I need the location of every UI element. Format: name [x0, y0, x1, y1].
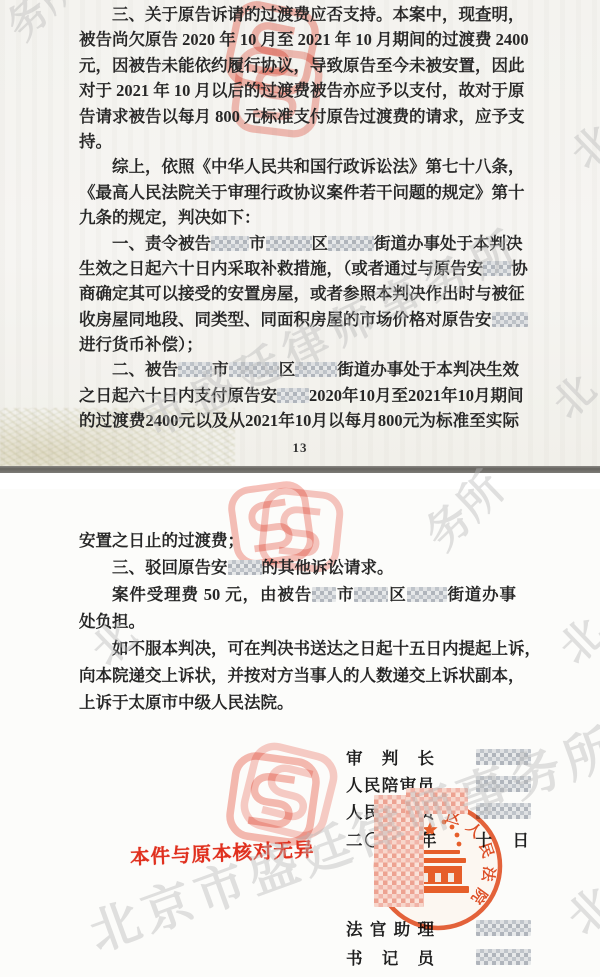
line-text: 生效之日起六十日内采取补救措施，（或者通过与原告安 — [79, 259, 483, 278]
text-line: 向本院递交上诉状，并按对方当事人的人数递交上诉状副本， — [79, 662, 516, 689]
text-line: 之日起六十日内支付原告安2020年10月至2021年10月期间 — [79, 383, 519, 408]
line-text: 区 — [388, 585, 406, 604]
judgment-text-page1: 三、关于原告诉请的过渡费应否支持。本案中，现查明，被告尚欠原告 2020 年 1… — [79, 2, 519, 434]
redaction-mosaic — [277, 388, 309, 403]
verification-stamp: 本件与原本核对无异 — [129, 834, 315, 870]
line-text: 被告尚欠原告 2020 年 10 月至 2021 年 10 月期间的过渡费 24… — [79, 30, 529, 49]
text-line: 二、被告市区街道办事处于本判决生效 — [79, 357, 519, 382]
line-text: 街道办事处于本判决 — [374, 234, 523, 253]
redaction-mosaic — [229, 362, 279, 377]
presiding-judge-row: 审判长 — [346, 745, 531, 769]
line-text: 安置之日止的过渡费； — [79, 531, 244, 550]
line-text: 市 — [336, 585, 354, 604]
line-text: 《最高人民法院关于审理行政协议案件若干问题的规定》第十 — [79, 183, 525, 202]
text-line: 上诉于太原市中级人民法院。 — [79, 689, 516, 716]
line-text: 如不服本判决，可在判决书送达之日起十五日内提起上诉， — [112, 639, 541, 658]
presiding-judge-label: 审判长 — [346, 745, 434, 769]
line-text: 协 — [511, 259, 528, 278]
redaction-mosaic — [178, 362, 212, 377]
text-line: 案件受理费 50 元，由被告市区街道办事 — [79, 581, 516, 608]
redaction-mosaic — [354, 587, 388, 602]
line-text: 告请求被告以每月 800 元标准支付原告过渡费的请求，应予支 — [79, 107, 525, 126]
text-line: 对于 2021 年 10 月以后的过渡费被告亦应予以支付，故对于原 — [79, 78, 519, 103]
paragraph: 案件受理费 50 元，由被告市区街道办事处负担。 — [79, 581, 516, 635]
line-text: 区 — [312, 234, 329, 253]
text-line: 告请求被告以每月 800 元标准支付原告过渡费的请求，应予支 — [79, 104, 519, 129]
redaction-mosaic — [228, 560, 262, 575]
paragraph: 三、关于原告诉请的过渡费应否支持。本案中，现查明，被告尚欠原告 2020 年 1… — [79, 2, 519, 154]
line-text: 的其他诉讼请求。 — [262, 558, 394, 577]
scanned-judgment-document: 三、关于原告诉请的过渡费应否支持。本案中，现查明，被告尚欠原告 2020 年 1… — [0, 0, 600, 977]
redaction-mosaic — [295, 362, 337, 377]
page-divider — [0, 466, 600, 473]
line-text: 对于 2021 年 10 月以后的过渡费被告亦应予以支付，故对于原 — [79, 81, 525, 100]
paragraph: 如不服本判决，可在判决书送达之日起十五日内提起上诉，向本院递交上诉状，并按对方当… — [79, 635, 516, 716]
line-text: 上诉于太原市中级人民法院。 — [79, 693, 294, 712]
text-line: 三、关于原告诉请的过渡费应否支持。本案中，现查明， — [79, 2, 519, 27]
line-text: 案件受理费 50 元，由被告 — [112, 585, 312, 604]
text-line: 商确定其可以接受的安置房屋，或者参照本判决作出时与被征 — [79, 281, 519, 306]
line-text: 处负担。 — [79, 612, 145, 631]
paragraph: 安置之日止的过渡费； — [79, 527, 516, 554]
line-text: 街道办事 — [447, 585, 516, 604]
redaction-mosaic — [492, 312, 528, 327]
text-line: 安置之日止的过渡费； — [79, 527, 516, 554]
text-line: 的过渡费2400元以及从2021年10月以每月800元为标准至实际 — [79, 408, 519, 433]
shengting-logo-stamp — [217, 0, 326, 103]
text-line: 《最高人民法院关于审理行政协议案件若干问题的规定》第十 — [79, 180, 519, 205]
line-text: 二、被告 — [112, 360, 178, 379]
text-line: 进行货币补偿）； — [79, 332, 519, 357]
redaction-mosaic — [328, 236, 374, 251]
line-text: 一、责令被告 — [112, 234, 211, 253]
paragraph: 一、责令被告市区街道办事处于本判决生效之日起六十日内采取补救措施，（或者通过与原… — [79, 231, 519, 358]
line-text: 向本院递交上诉状，并按对方当事人的人数递交上诉状副本， — [79, 666, 525, 685]
redaction-mosaic — [407, 587, 447, 602]
text-line: 被告尚欠原告 2020 年 10 月至 2021 年 10 月期间的过渡费 24… — [79, 27, 519, 52]
text-line: 处负担。 — [79, 608, 516, 635]
shengting-logo-stamp — [226, 41, 329, 144]
text-line: 持。 — [79, 129, 519, 154]
line-text: 综上，依照《中华人民共和国行政诉讼法》第七十八条， — [112, 157, 525, 176]
text-line: 九条的规定，判决如下： — [79, 205, 519, 230]
redaction-mosaic — [266, 236, 312, 251]
line-text: 商确定其可以接受的安置房屋，或者参照本判决作出时与被征 — [79, 284, 525, 303]
judgment-page-14: 安置之日止的过渡费；三、驳回原告安的其他诉讼请求。案件受理费 50 元，由被告市… — [0, 489, 600, 977]
text-line: 一、责令被告市区街道办事处于本判决 — [79, 231, 519, 256]
judgment-text-page2: 安置之日止的过渡费；三、驳回原告安的其他诉讼请求。案件受理费 50 元，由被告市… — [79, 527, 516, 716]
paragraph: 二、被告市区街道办事处于本判决生效之日起六十日内支付原告安2020年10月至20… — [79, 357, 519, 433]
clerk-row: 书记员 — [346, 945, 531, 969]
paragraph: 综上，依照《中华人民共和国行政诉讼法》第七十八条，《最高人民法院关于审理行政协议… — [79, 154, 519, 230]
text-line: 收房屋同地段、同类型、同面积房屋的市场价格对原告安 — [79, 307, 519, 332]
redaction-mosaic — [476, 776, 531, 792]
redaction-mosaic — [476, 749, 531, 765]
line-text: 三、关于原告诉请的过渡费应否支持。本案中，现查明， — [112, 5, 525, 24]
line-text: 九条的规定，判决如下： — [79, 208, 261, 227]
line-text: 之日起六十日内支付原告安 — [79, 386, 277, 405]
line-text: 街道办事处于本判决生效 — [337, 360, 519, 379]
line-text: 区 — [279, 360, 296, 379]
text-line: 生效之日起六十日内采取补救措施，（或者通过与原告安协 — [79, 256, 519, 281]
line-text: 收房屋同地段、同类型、同面积房屋的市场价格对原告安 — [79, 310, 492, 329]
paragraph: 三、驳回原告安的其他诉讼请求。 — [79, 554, 516, 581]
text-line: 综上，依照《中华人民共和国行政诉讼法》第七十八条， — [79, 154, 519, 179]
text-line: 元，因被告未能依约履行协议，导致原告至今未被安置，因此 — [79, 53, 519, 78]
line-text: 市 — [249, 234, 266, 253]
judgment-page-13: 三、关于原告诉请的过渡费应否支持。本案中，现查明，被告尚欠原告 2020 年 1… — [0, 0, 600, 466]
line-text: 市 — [212, 360, 229, 379]
shengting-logo-stamp — [232, 734, 346, 848]
line-text: 2020年10月至2021年10月期间 — [309, 386, 524, 405]
redaction-mosaic — [476, 949, 531, 965]
redaction-mosaic — [211, 236, 249, 251]
page-number: 13 — [0, 440, 600, 456]
line-text: 三、驳回原告安 — [112, 558, 228, 577]
line-text: 的过渡费2400元以及从2021年10月以每月800元为标准至实际 — [79, 411, 519, 430]
text-line: 如不服本判决，可在判决书送达之日起十五日内提起上诉， — [79, 635, 516, 662]
line-text: 进行货币补偿）； — [79, 335, 203, 354]
clerk-label: 书记员 — [346, 945, 434, 969]
line-text: 持。 — [79, 132, 112, 151]
redaction-mosaic — [406, 788, 468, 814]
redaction-mosaic — [483, 261, 511, 276]
redaction-mosaic — [312, 587, 336, 602]
line-text: 元，因被告未能依约履行协议，导致原告至今未被安置，因此 — [79, 56, 525, 75]
scan-noise-artifact — [0, 408, 235, 466]
text-line: 三、驳回原告安的其他诉讼请求。 — [79, 554, 516, 581]
